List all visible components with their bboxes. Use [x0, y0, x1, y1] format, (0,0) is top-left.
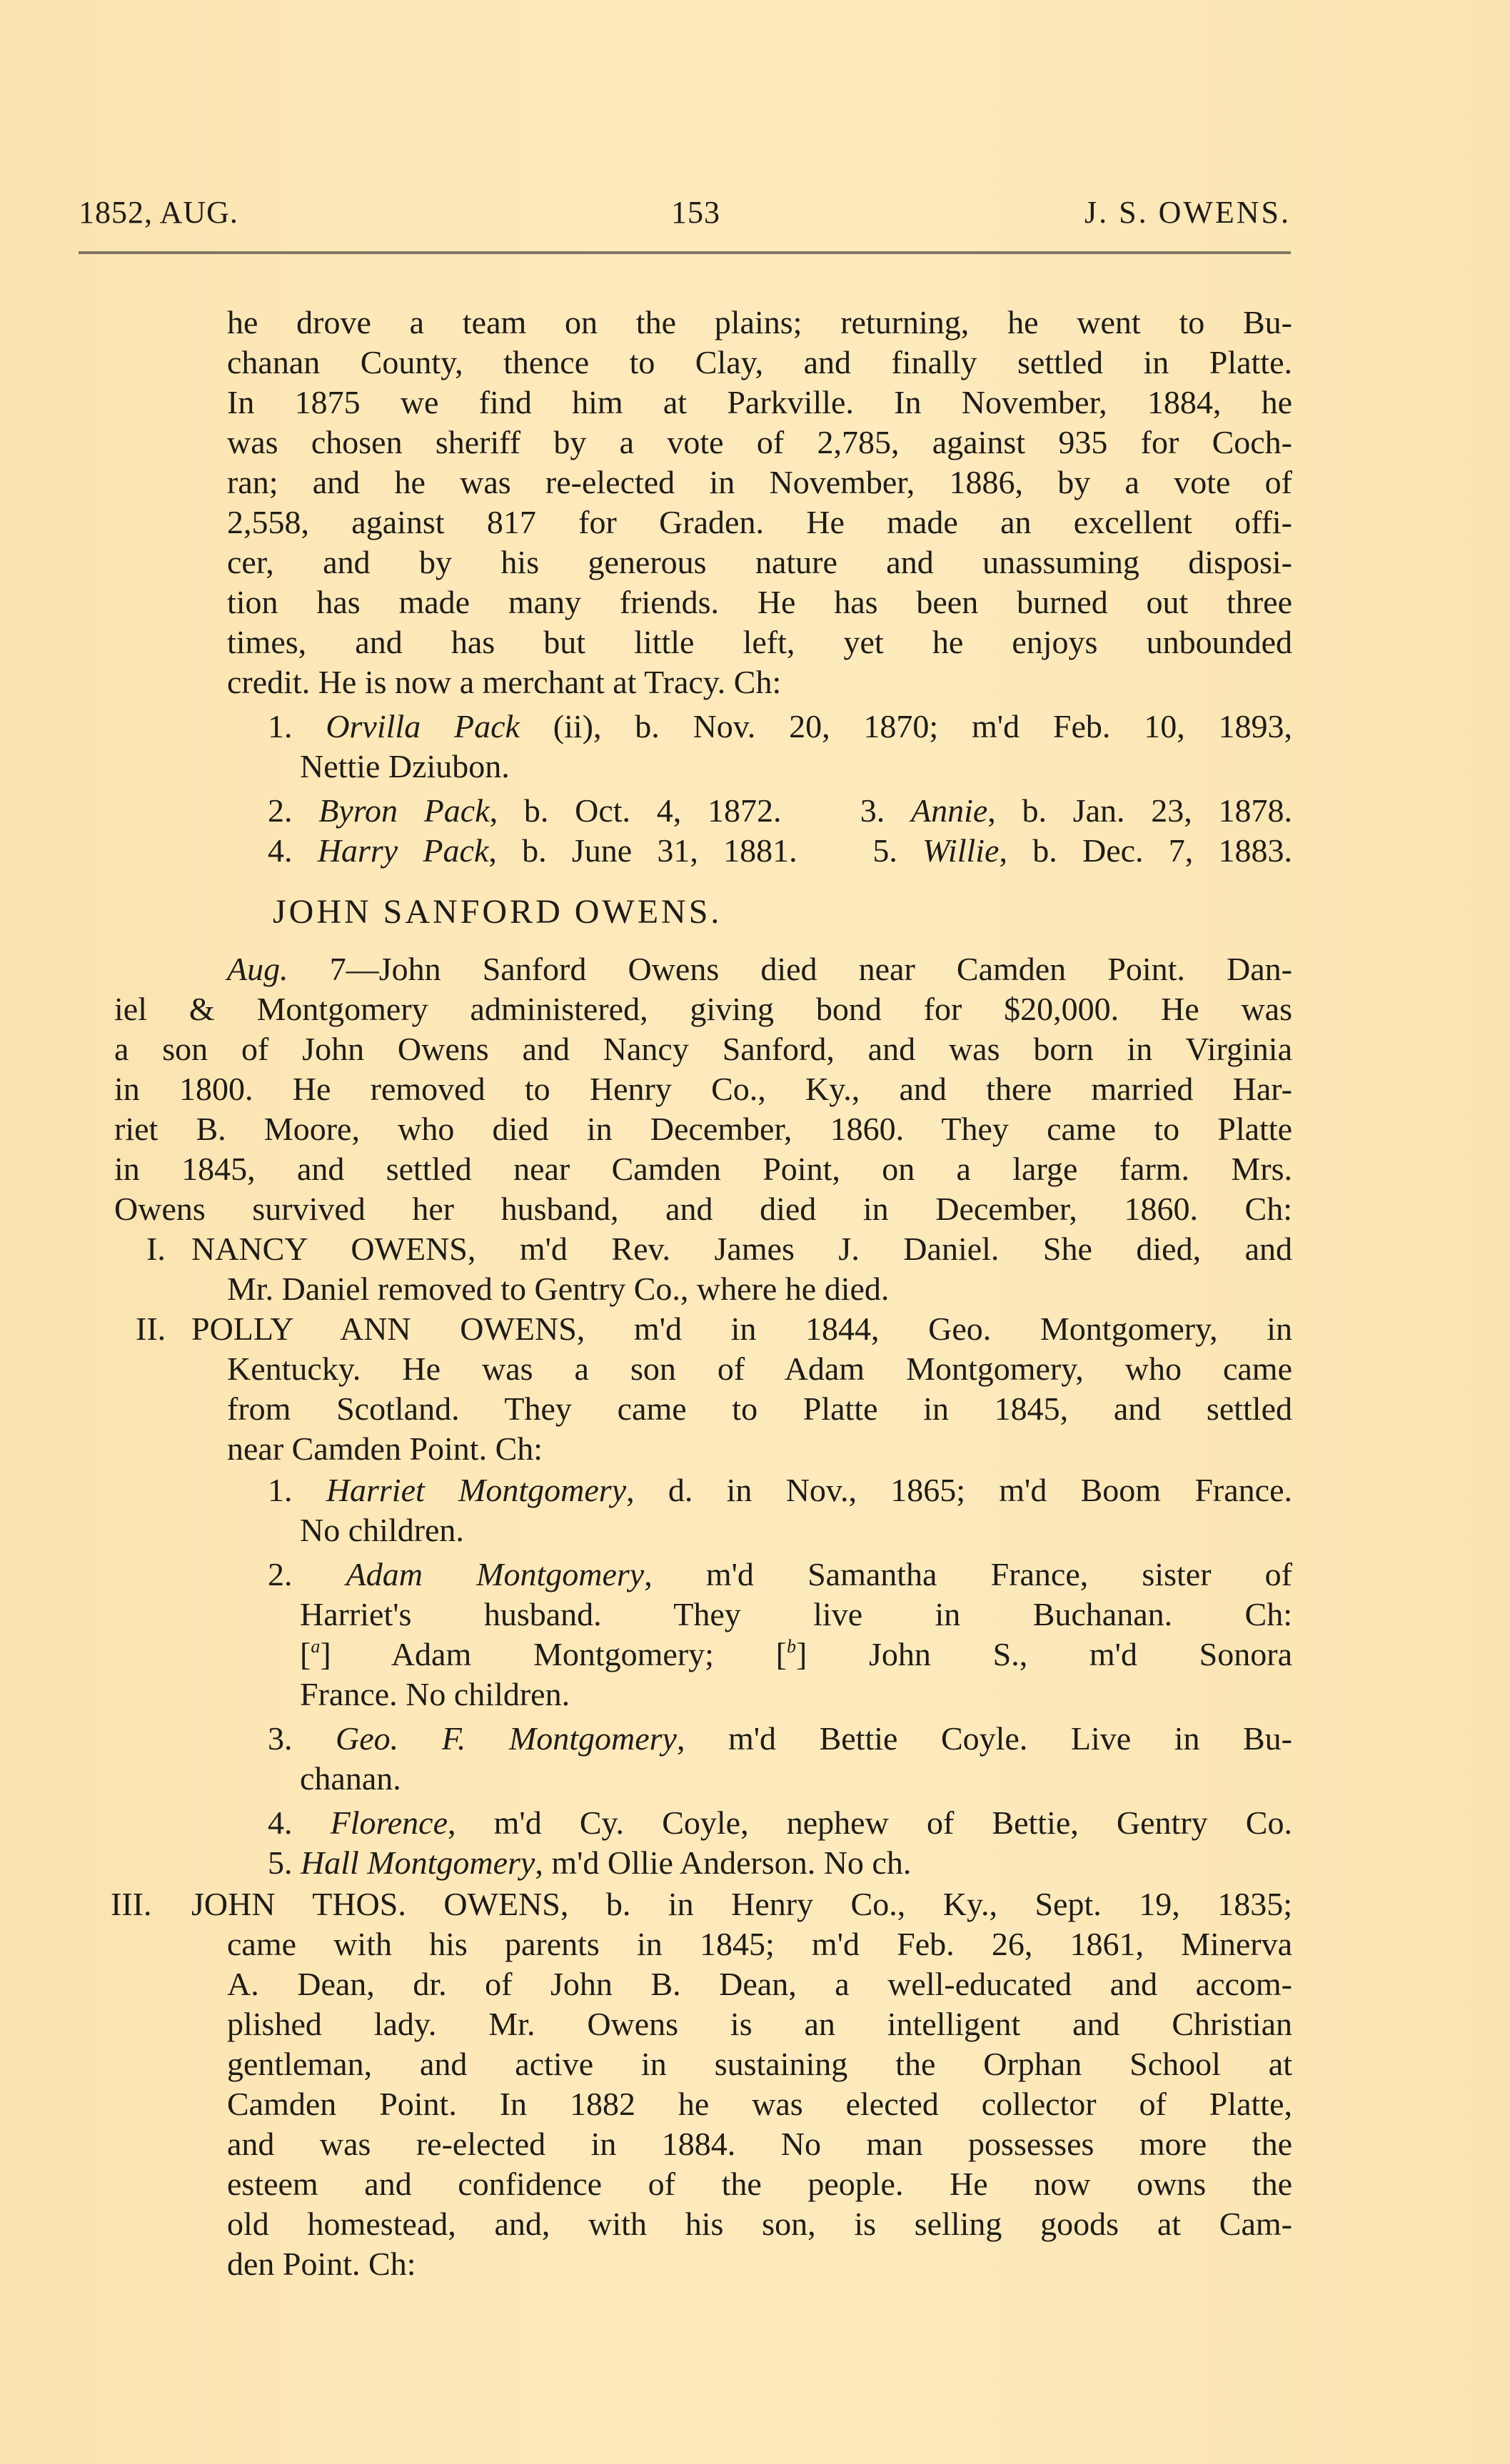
list-item-cont: Harriet's husband. They live in Buchanan… [300, 1595, 1292, 1635]
label-a: a [311, 1636, 320, 1657]
child-name: Annie [911, 792, 987, 829]
list-item: 5. Hall Montgomery, m'd Ollie Anderson. … [268, 1843, 1292, 1883]
list-item: 2. Adam Montgomery, m'd Samantha France,… [268, 1555, 1292, 1595]
label-b: b [787, 1636, 796, 1657]
text-line: credit. He is now a merchant at Tracy. C… [227, 662, 1292, 702]
child-name: Harriet Montgomery [326, 1472, 626, 1508]
child-name: Orvilla Pack [326, 708, 520, 744]
text-line: Kentucky. He was a son of Adam Montgomer… [227, 1349, 1292, 1389]
list-item: 2. Byron Pack, b. Oct. 4, 1872. 3. Annie… [268, 791, 1292, 831]
header-date: 1852, AUG. [79, 194, 238, 231]
text-line: riet B. Moore, who died in December, 186… [114, 1109, 1292, 1149]
text-line: ran; and he was re-elected in November, … [227, 463, 1292, 503]
list-item: 4. Harry Pack, b. June 31, 1881. 5. Will… [268, 831, 1292, 871]
text-line: chanan County, thence to Clay, and final… [227, 343, 1292, 383]
roman-numeral: II. [136, 1309, 186, 1349]
header-subject: J. S. OWENS. [1084, 194, 1291, 231]
text-line: In 1875 we find him at Parkville. In Nov… [227, 383, 1292, 423]
list-item: 4. Florence, m'd Cy. Coyle, nephew of Be… [268, 1803, 1292, 1843]
grandchildren-line: [a] Adam Montgomery; [b] John S., m'd So… [300, 1635, 1292, 1675]
list-item: 1. Orvilla Pack (ii), b. Nov. 20, 1870; … [268, 707, 1292, 747]
child-name: Willie [922, 832, 999, 869]
child-name: Florence [331, 1804, 448, 1841]
list-item-cont: France. No children. [300, 1675, 1292, 1715]
text-line: den Point. Ch: [227, 2244, 1292, 2284]
list-item-cont: Nettie Dziubon. [300, 747, 1292, 787]
child-name: Geo. F. Montgomery [336, 1720, 677, 1757]
child-name: Byron Pack [318, 792, 489, 829]
text-line: gentleman, and active in sustaining the … [227, 2044, 1292, 2084]
book-page: 1852, AUG. 153 J. S. OWENS. he drove a t… [0, 0, 1510, 2464]
text-line: tion has made many friends. He has been … [227, 582, 1292, 622]
text-line: Owens survived her husband, and died in … [114, 1189, 1292, 1229]
running-header: 1852, AUG. 153 J. S. OWENS. [79, 194, 1291, 237]
text-line: in 1800. He removed to Henry Co., Ky., a… [114, 1069, 1292, 1109]
text-line: cer, and by his generous nature and unas… [227, 542, 1292, 582]
text-line: JOHN THOS. OWENS, b. in Henry Co., Ky., … [191, 1884, 1292, 1924]
text-line: A. Dean, dr. of John B. Dean, a well-edu… [227, 1964, 1292, 2004]
text-line: Aug. 7—John Sanford Owens died near Camd… [227, 949, 1292, 989]
text-line: Camden Point. In 1882 he was elected col… [227, 2084, 1292, 2124]
text-line: was chosen sheriff by a vote of 2,785, a… [227, 423, 1292, 463]
header-rule [79, 251, 1291, 254]
list-item-cont: chanan. [300, 1759, 1292, 1799]
text-line: NANCY OWENS, m'd Rev. James J. Daniel. S… [191, 1229, 1292, 1269]
text-line: from Scotland. They came to Platte in 18… [227, 1389, 1292, 1429]
roman-numeral: III. [111, 1884, 182, 1924]
text-line: plished lady. Mr. Owens is an intelligen… [227, 2004, 1292, 2044]
text-line: esteem and confidence of the people. He … [227, 2164, 1292, 2204]
text-line: near Camden Point. Ch: [227, 1429, 1292, 1469]
text-line: came with his parents in 1845; m'd Feb. … [227, 1924, 1292, 1964]
text-line: he drove a team on the plains; returning… [227, 303, 1292, 343]
child-name: Adam Montgomery [346, 1556, 645, 1592]
text-line: old homestead, and, with his son, is sel… [227, 2204, 1292, 2244]
text-line: POLLY ANN OWENS, m'd in 1844, Geo. Montg… [191, 1309, 1292, 1349]
text-line: in 1845, and settled near Camden Point, … [114, 1149, 1292, 1189]
text-line: 2,558, against 817 for Graden. He made a… [227, 503, 1292, 542]
list-item: 3. Geo. F. Montgomery, m'd Bettie Coyle.… [268, 1719, 1292, 1759]
roman-numeral: I. [146, 1229, 186, 1269]
list-item: 1. Harriet Montgomery, d. in Nov., 1865;… [268, 1470, 1292, 1510]
text-line: Mr. Daniel removed to Gentry Co., where … [227, 1269, 1292, 1309]
page-number: 153 [671, 194, 720, 231]
section-title: JOHN SANFORD OWENS. [273, 892, 722, 931]
child-name: Harry Pack [318, 832, 489, 869]
child-name: Hall Montgomery [301, 1844, 535, 1881]
text-line: iel & Montgomery administered, giving bo… [114, 989, 1292, 1029]
text-line: times, and has but little left, yet he e… [227, 622, 1292, 662]
text-line: and was re-elected in 1884. No man posse… [227, 2124, 1292, 2164]
text-line: a son of John Owens and Nancy Sanford, a… [114, 1029, 1292, 1069]
list-item-cont: No children. [300, 1510, 1292, 1550]
entry-date: Aug. [227, 951, 288, 987]
